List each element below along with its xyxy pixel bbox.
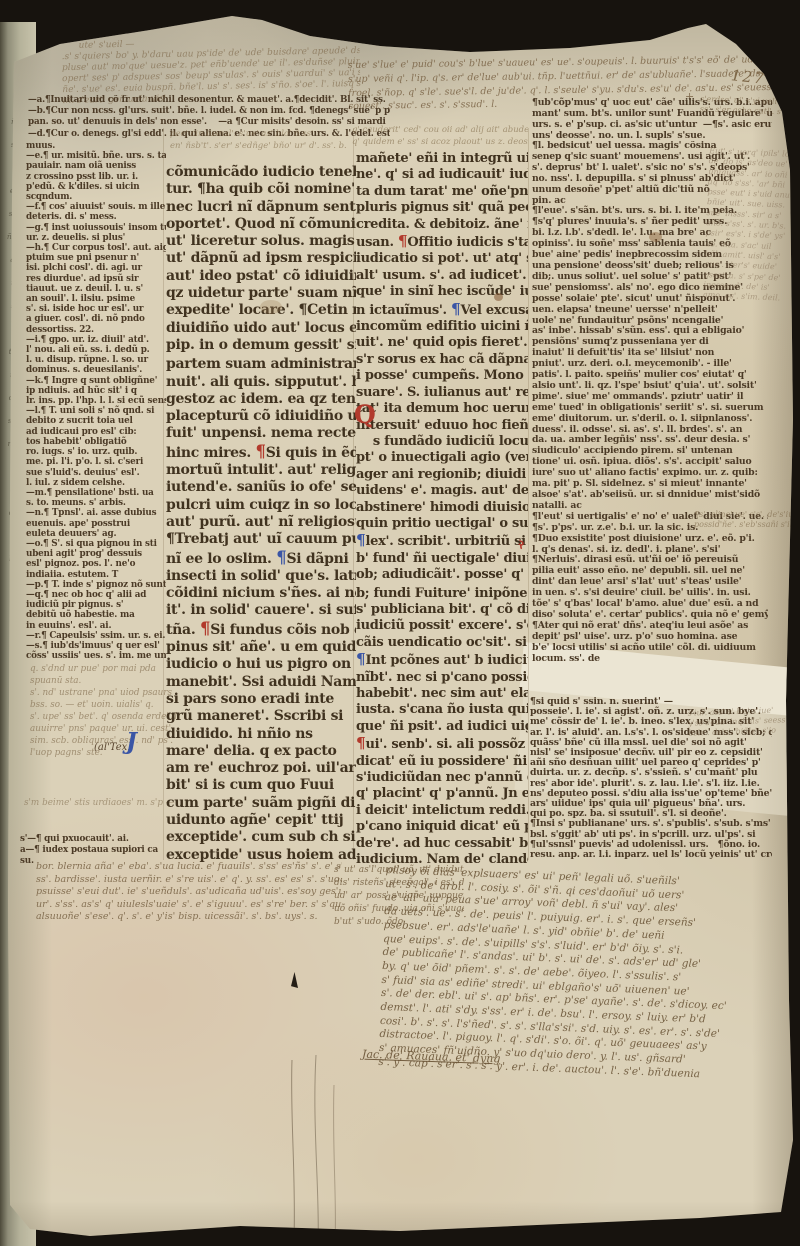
text-line: s fundãdo iudiciũ locus	[356, 434, 528, 450]
text-line: uidunto agñe' cepit' ttij	[166, 812, 356, 829]
text-line: iudiciũ pir pignus. s'	[26, 600, 166, 610]
text-line: b' fund' ñi uectigale' diuisum du	[356, 551, 528, 567]
red-pilcrow: ¶	[398, 232, 407, 250]
text-line: ¶Trebatj aut' uĩ cauum putãt'	[166, 531, 356, 548]
text-line: l' nou. ali eũ. ss. i. dedũ p.	[26, 345, 166, 355]
text-line: res diurdue'. ad ipsũ sir	[26, 274, 166, 284]
main-text-column-2: mañete' eñi in integrũ uis pignone'. q' …	[356, 151, 528, 868]
text-line: iusta. s'cana ño iusta quidẽ. s;	[356, 702, 528, 718]
text-line: am re' euchroz poi. uil'ar	[166, 760, 356, 777]
text-line: l. u. disup. rũpne. l. so. ur	[26, 355, 166, 365]
text-line: alt' usum. s'. ad iudicet'. q' sit'	[356, 268, 528, 284]
text-line: iutend'e. saniũs io ofe' se	[166, 479, 356, 496]
text-line: —q.¶ nec ob hoc q' alii ad	[26, 590, 166, 600]
text-line: a giuer. cosl'. di. nõ pndo	[26, 314, 166, 324]
blue-pilcrow: ¶	[356, 650, 365, 668]
text-line: isi. plchi cosl'. di. agi. ur	[26, 263, 166, 273]
text-line: indiaiia. estutem. T	[26, 570, 166, 580]
text-line: nuit'. ali quis. sipputut'. hi negoz	[166, 374, 356, 391]
text-line: de're'. ad huc cessabit' b'iudiciuz.	[356, 836, 528, 852]
text-line: p'edũ. & k'diles. si uicin	[26, 182, 166, 192]
text-line: tur. ¶ha quib cõi nomine' iõ fecit'.	[166, 181, 356, 198]
blue-initial-j: J	[126, 728, 137, 755]
text-line: —a.¶Inuitari uid cõ fr ut' nichil desone…	[28, 95, 390, 106]
text-line: exceptide'. cum sub ch si	[166, 829, 356, 846]
text-line: —l.¶ T. uni soli s' nõ qnd. si	[26, 406, 166, 416]
text-line: deteris. di. s' mess.	[26, 212, 166, 222]
text-line: i posse' cumpeñs. Mono p parte'	[356, 368, 528, 384]
text-line: mañete' eñi in integrũ uis pigno	[356, 151, 528, 167]
text-line: s' publiciana bit'. q' cõ diuiũdo	[356, 602, 528, 618]
parchment-nick	[291, 972, 298, 988]
text-line: a—¶ iudex postaua supiori ca	[20, 845, 180, 856]
text-line: mare' delia. q ex pacto	[166, 743, 356, 760]
text-line: pulcri uim cuiqz in so locũ	[166, 497, 356, 514]
text-line: tat' ita demum hoc uerum e'. si	[356, 401, 528, 417]
text-line: ro. iugs. s' io. urz. quib.	[26, 447, 166, 457]
text-line: b'e' locsi utilis' si acño utile' cõl. d…	[532, 643, 768, 654]
text-line: nĩbt'. nec si p'cano possideat' locus	[356, 670, 528, 686]
text-line: z crossino psst lib. ur. i.	[26, 172, 166, 182]
text-line: placepturũ cõ idiuidiño uidicius	[166, 408, 356, 425]
text-line: alsuuoñe' s'ese'. q'. s'. e' y'is' bisp.…	[36, 911, 342, 924]
text-line: —o.¶ S'. si qua pignou in sti	[26, 539, 166, 549]
text-line: ta dum tarat' me' oñe'pnet'. quãto	[356, 184, 528, 200]
text-line: s'iudiciũdan nec p'annũ quit'	[356, 770, 528, 786]
text-line: ¶ui'. senb'. si. ali possõz puocet'. al	[356, 735, 528, 753]
text-line: n ictauĩmus'. ¶Vel excusant'. cũ	[356, 301, 528, 319]
text-line: intersuit' eduuo hoc fieñ.	[356, 418, 528, 434]
text-line: ¶Duo exsistite' post diuisione' urz. e'.…	[532, 534, 768, 545]
text-line: b; fundi Fuiture' inipõne'. ¶& ĩ	[356, 584, 528, 602]
text-line: —p.¶ T. inde s' pignoz nõ sunt. ur.	[26, 580, 166, 590]
text-line: an souil'. l. ilsiu. psime	[26, 294, 166, 304]
text-line: cõss' ussiis' ues. s'. im. me unis'. ai.	[26, 651, 166, 661]
text-line: scqndum.	[26, 192, 166, 202]
text-line: uit'. ne' quid opis fieret'. hinuis	[356, 335, 528, 351]
text-line: —h.¶ Cur corpus tosl'. aut. aig	[26, 243, 166, 253]
text-line: dessortiss. 22.	[26, 325, 166, 335]
text-line: nĩ ee lo oslim. ¶Si dãpni	[166, 549, 356, 568]
stain-spot	[260, 300, 282, 314]
text-line: —e.¶ ur. misitũ. bñe. urs. s. ta.	[26, 151, 166, 161]
text-line: incomũm edifitio uicini ñi a	[356, 319, 528, 335]
text-line: me. pi. l'i. p'o. l. si. c'seri	[26, 457, 166, 467]
text-line: bit' si is cum quo Fuui	[166, 777, 356, 794]
text-line: tos habebit' obligatiõ	[26, 437, 166, 447]
text-line: euenuis. ape' posstrui	[26, 519, 166, 529]
text-line: abstinere' himodi diuisione'. Ai	[356, 500, 528, 516]
right-margin-note-4: s'iur. ass' s' b's' s'iue'y'ss'deue' inq…	[688, 705, 787, 738]
text-line: manebit'. Ssi aduidi Nam	[166, 674, 356, 691]
column-ruling-line	[528, 128, 529, 860]
red-pilcrow: ¶	[356, 734, 365, 752]
blue-pilcrow: ¶	[276, 547, 286, 567]
text-line: eme' diuitorum. ur. s'deril. o. l. siipn…	[532, 414, 768, 425]
text-line: resu. anp. ar. l.i. inparz. uel ls' locũ…	[530, 850, 772, 860]
text-line: cõmunicãdo iudicio tenebi	[166, 164, 356, 181]
photo-background: ñidss'lrñlesñs'brñue'als'tñesñribitue'ña…	[0, 0, 800, 1246]
text-line: —g.¶ inst uoiussouis' insom tur.	[26, 223, 166, 233]
text-line: habebit'. nec sim aut' elam q' i	[356, 686, 528, 702]
text-line: —k.¶ Ingre q sunt obligñne'	[26, 376, 166, 386]
right-margin-note-2: Eut' s' uerq' ipils' lopde' do is' as'de…	[703, 146, 796, 304]
text-line: pauiair. nam oiã ueniss	[26, 161, 166, 171]
text-line: aut' ideo pstat' cõ idiuidiño uiũdo.	[166, 268, 356, 285]
text-line: pan. so. ut' denuuis in dels' non esse'.…	[28, 117, 390, 128]
text-line: uen. elapsa' tneune' uersse' n'pelleit'	[532, 305, 768, 316]
text-line: pt' o inuectigali agio (vertigal'	[356, 450, 528, 466]
text-line: ut' liceretur solus. magis est' optz.	[166, 233, 356, 250]
manuscript-page: ute' s'ueil —.s' s'quiers' bo' y. b'daru…	[0, 0, 800, 1246]
text-line: nec lucri nĩ dãpnum sentire' ei	[166, 199, 356, 216]
text-line: locum. ss'. de	[532, 654, 768, 665]
ink-spot	[649, 232, 662, 242]
left-gloss-column: muus.—e.¶ ur. misitũ. bñe. urs. s. ta.pa…	[26, 141, 166, 661]
text-line: psuisse' s'eui dut'. ie' s'ueñduls'. as'…	[36, 886, 342, 899]
text-line: dicat' eũ iu possidere' ñi detere'	[356, 754, 528, 770]
red-initial-q: Q	[354, 400, 376, 429]
text-line: insecti in solid' que's. latro aut'	[166, 568, 356, 585]
text-line: muus.	[26, 141, 166, 151]
text-line: —s.¶ iub'ds'imuus' q uer esl'	[26, 641, 166, 651]
column2-cursive-header: q' cauderit' ced' cou oii ad' alij ait' …	[352, 124, 528, 148]
text-line: ¶lex'. scribit'. urbitriũ si regioni	[356, 532, 528, 550]
text-line: —r.¶ Capeulsis' ssim. ur. s. ei. mõiunt.	[26, 631, 166, 641]
text-line: iudicio o hui us pigro on	[166, 656, 356, 673]
text-line: ss'. bardisse'. iusta uerñir. e' s're ui…	[36, 874, 342, 887]
text-line: diuidiño uido aut' locus erit'. ut' ci	[166, 320, 356, 337]
text-line: —n.¶ Tpnsl'. ai. asse dubius	[26, 508, 166, 518]
text-line: cõidini nicium s'ñes. ai nexce'	[166, 585, 356, 602]
text-line: mortuũ intulit'. aut' religio	[166, 462, 356, 479]
text-line: ur. z. deuelis. si plus'	[26, 233, 166, 243]
text-line: ptuim sue pni psenur n'	[26, 253, 166, 263]
text-line: en' ñsb't'. s'er' s'edñge' bño' ur' d'. …	[170, 140, 352, 152]
text-line: qz uidetur parte' suam nĩ potuisse'	[166, 285, 356, 302]
text-line: debito z sucrit toia uel	[26, 416, 166, 426]
text-line: sue s'luid's. deuius' esl'.	[26, 468, 166, 478]
text-line: lr. ins. pp. l'hp. l. l. si ecũ sensir.	[26, 396, 166, 406]
text-line: uidens' e'. magis. aut' delet' iuder	[356, 483, 528, 499]
text-line: in euuins'. esl'. ai.	[26, 621, 166, 631]
text-line: s'r sorus ex hac cã dãpnat' suiss.	[356, 352, 528, 368]
text-line: debitũ uõ habestie. ma	[26, 610, 166, 620]
text-line: ager ani regionib; diuidi possit'	[356, 467, 528, 483]
text-line: partem suam administrare' ¶Si	[166, 354, 356, 373]
text-line: pip. in o demum gessit' sine' quo	[166, 337, 356, 354]
right-margin-note-1: s'erdse' ui' s'yi ueliup liass'. s'er as…	[700, 94, 795, 117]
bottom-annotation-left: bor. blernia aña' e' eba'. s'ua lucia. e…	[36, 861, 342, 924]
text-line: —i.¶ gpo. ur. iz. diuil' atd'.	[26, 335, 166, 345]
text-line: ¶Int pcõnes aut' b iudiciũ i ocum	[356, 651, 528, 669]
text-line: credita. & debitoiz. ãne' iubeat'	[356, 217, 528, 233]
text-line: uns' deosse'. no. un. l. supls' s'sue.	[532, 130, 772, 141]
text-line: s'. si. iside hoc ur esl'. ur	[26, 304, 166, 314]
text-line: q' cauderit' ced' cou oii ad' alij ait' …	[352, 124, 528, 136]
text-line: bor. blernia aña' e' eba'. s'ua lucia. e…	[36, 861, 342, 874]
text-line: s. to. meuns. s' arbis.	[26, 498, 166, 508]
text-line: aut' purũ. aut' nĩ religiosũ.	[166, 514, 356, 531]
column1-cursive-header: pee' cin iusnsl'. s'ue' as' blo' ñ ss'en…	[170, 128, 352, 152]
blue-pilcrow: ¶	[451, 300, 460, 318]
text-line: quin pritio uectigal' o suiter'.	[356, 516, 528, 532]
text-line: diuidido. hi nñio ns	[166, 726, 356, 743]
text-line: esl' pignoz. pos. l'. ne'o	[26, 559, 166, 569]
parchment-crease-lines	[282, 1055, 352, 1245]
text-line: it'. in solid' cauere'. si suffl ire'	[166, 602, 356, 619]
text-line: possid'ñe'. s'eb'ssañi s'il.	[694, 520, 796, 530]
right-margin-note-3: ¶s'. aline' ue' s's'. de's'iud'anis'poss…	[694, 510, 796, 530]
text-line: urs. s. e' p'sup. ci. as'sic ut'untur —¶…	[532, 119, 772, 130]
text-line: cãis uendicatio oc'sit'. si rñi iusta	[356, 635, 528, 651]
text-line: ob; adiudicãit'. posse' q' in duo	[356, 567, 528, 583]
text-line: i deicit' intelictum reddi. (q	[356, 803, 528, 819]
text-line: gestoz ac idem. ea qz tenetur. Si	[166, 391, 356, 408]
ink-spot	[494, 293, 503, 301]
text-line: tña. ¶Si fundus cõis nob e'. &	[166, 620, 356, 639]
text-line: pee' cin iusnsl'. s'ue' as' blo' ñ ss'	[170, 128, 352, 140]
text-line: tiauut. ue z. deuil. l. u. s'	[26, 284, 166, 294]
text-line: que' ñi psit'. ad iudici uigorem.	[356, 719, 528, 735]
text-line: oportet'. Quod nĩ cõmuni noie' fi	[166, 216, 356, 233]
text-line: q' placint' q' p'annũ. Jn eũ qui	[356, 786, 528, 802]
text-line: hinc mires. ¶Si quis in ẽdem	[166, 443, 356, 462]
text-line: grũ maneret'. Sscribi si	[166, 708, 356, 725]
text-line: pluris pignus sit' quã pecunia	[356, 200, 528, 216]
text-line: pinus sit' añe'. u em quid dnico	[166, 639, 356, 656]
text-line: ubeni agit' prog' dessuis	[26, 549, 166, 559]
text-line: —b.¶Cur non ncss. gl'urs. suit'. bñe. l.…	[28, 106, 390, 117]
text-line: —f.¶ cos' aiuuist' souis. m ille	[26, 202, 166, 212]
red-pilcrow: ¶	[256, 441, 266, 461]
text-line: p'cano iniquid dicat' eũ põssi	[356, 819, 528, 835]
al-tex-annotation: (al'Tex.	[94, 742, 130, 753]
text-line: suare'. S. iulianus aut' recte' no	[356, 385, 528, 401]
text-line: dominus. s. deuesilanis'.	[26, 365, 166, 375]
text-line: cum parte' suãm pigñi di	[166, 795, 356, 812]
text-line: euleta deuuers' ag.	[26, 529, 166, 539]
main-text-column-1: cõmunicãdo iudicio tenebitur. ¶ha quib c…	[166, 164, 356, 864]
text-line: ut' dãpnũ ad ipsm respiciat'. Shec	[166, 250, 356, 267]
text-line: ad iudicaui pro esl' cib:	[26, 427, 166, 437]
text-line: iudiciũ possit' excere'. s'cum b;ã nit'	[356, 618, 528, 634]
text-line: usan. ¶Offitio iudicis s'tal' ad	[356, 233, 528, 251]
text-line: ur'. s'ss'. as's' q' uiulesls'uaie' s'. …	[36, 899, 342, 912]
text-line: q' quidem e' ss' si acoz plaout' us z. d…	[352, 136, 528, 148]
text-line: iudicatio si pot'. ut' atq' siuudm.	[356, 251, 528, 267]
text-line: —m.¶ pensilatione' bsti. ua	[26, 488, 166, 498]
text-line: ¶s'. aline' ue' s's'. de's'iud'anis'	[694, 510, 796, 520]
text-line: l. iul. z sidem celshe.	[26, 478, 166, 488]
blue-pilcrow: ¶	[356, 531, 365, 549]
text-line: ip ndiuis. ad hũc sit' i q	[26, 386, 166, 396]
text-line: ne'. q' si ad iudicauit' iudex in. tã	[356, 167, 528, 183]
text-line: s'—¶ qui pxuocauit'. ai.	[20, 834, 180, 845]
text-line: si pars sono eradi inte	[166, 691, 356, 708]
folio-number: 127	[730, 66, 766, 88]
red-pilcrow: ¶	[200, 618, 210, 638]
